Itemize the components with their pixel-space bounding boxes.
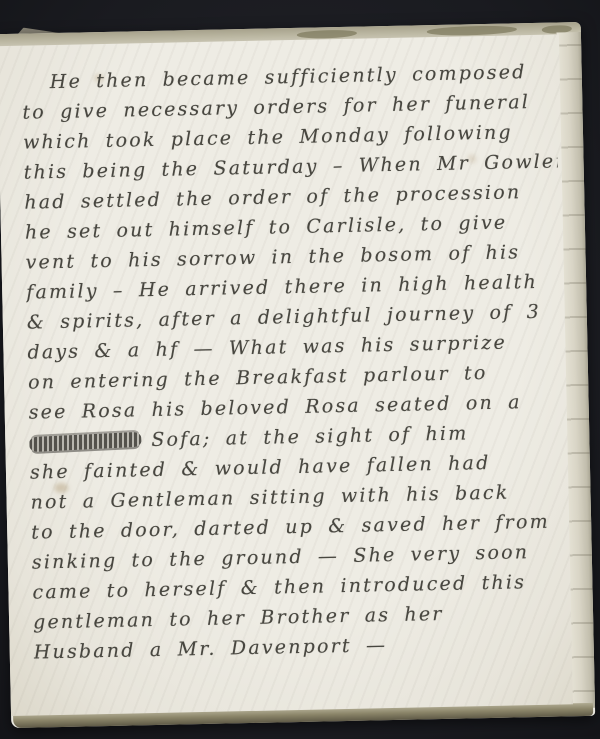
manuscript-text: He then became sufficiently composedto g…: [22, 56, 568, 667]
manuscript-line-text: came to herself & then introduced this: [32, 571, 526, 603]
edge-stain: [427, 25, 517, 36]
photo-background: He then became sufficiently composedto g…: [0, 0, 600, 739]
edge-stain: [297, 30, 357, 39]
manuscript-page: He then became sufficiently composedto g…: [0, 22, 595, 728]
scribbled-out-word: [29, 432, 142, 452]
manuscript-line-text: gentleman to her Brother as her: [33, 603, 444, 634]
manuscript-line-text: Husband a Mr. Davenport —: [34, 634, 388, 663]
manuscript-line-text: Sofa; at the sight of him: [151, 422, 469, 451]
paper-surface: He then became sufficiently composedto g…: [0, 34, 573, 716]
